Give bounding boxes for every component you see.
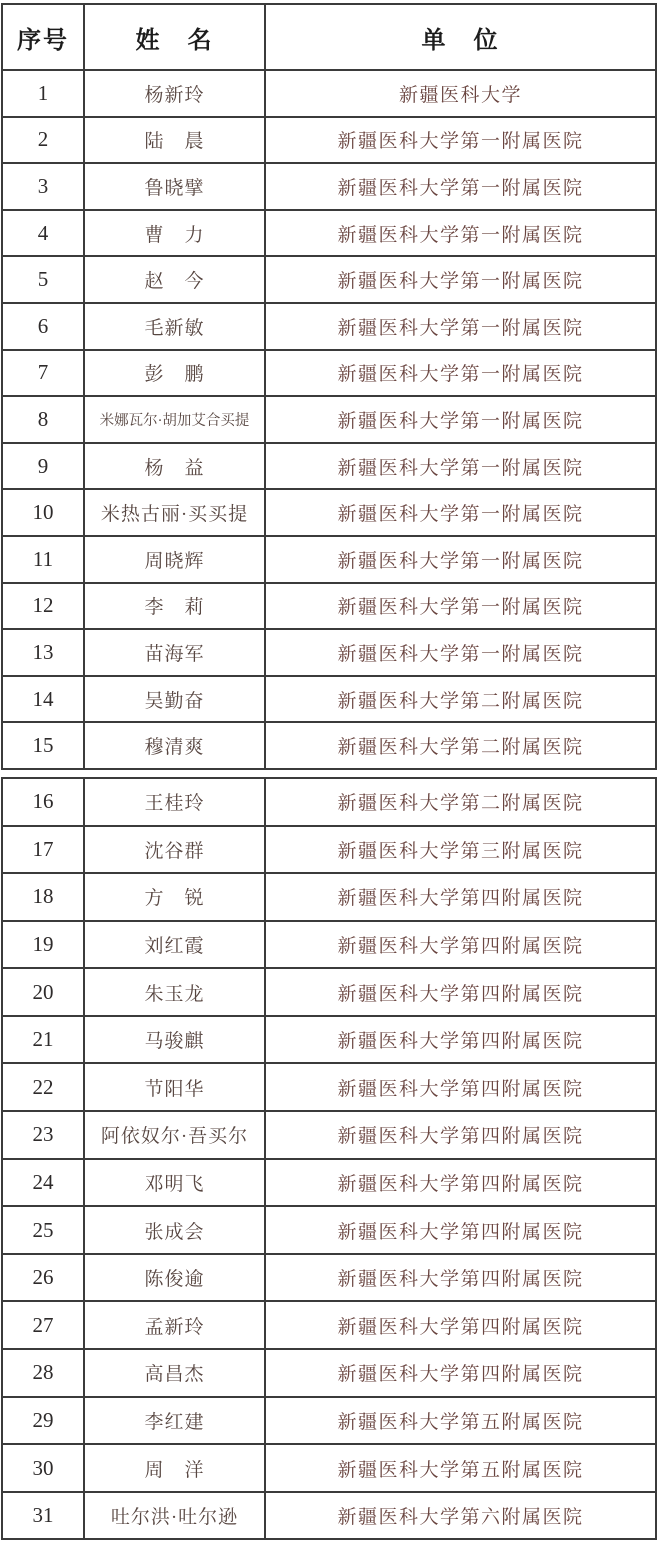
row-number: 19 xyxy=(3,922,85,968)
name-cell: 杨 益 xyxy=(85,444,266,489)
table-row: 30周 洋新疆医科大学第五附属医院 xyxy=(3,1445,655,1493)
name-cell: 邓明飞 xyxy=(85,1160,266,1206)
name-cell: 周晓辉 xyxy=(85,537,266,582)
table-row: 1杨新玲新疆医科大学 xyxy=(3,71,655,118)
unit-cell: 新疆医科大学第一附属医院 xyxy=(266,351,655,396)
unit-cell: 新疆医科大学第一附属医院 xyxy=(266,164,655,209)
table-row: 23阿依奴尔·吾买尔新疆医科大学第四附属医院 xyxy=(3,1112,655,1160)
row-number: 6 xyxy=(3,304,85,349)
name-cell: 马骏麒 xyxy=(85,1017,266,1063)
name-cell: 曹 力 xyxy=(85,211,266,256)
name-cell: 高昌杰 xyxy=(85,1350,266,1396)
name-cell: 沈谷群 xyxy=(85,827,266,873)
row-number: 14 xyxy=(3,677,85,722)
table-row: 7彭 鹏新疆医科大学第一附属医院 xyxy=(3,351,655,398)
unit-cell: 新疆医科大学第四附属医院 xyxy=(266,1160,655,1206)
row-number: 10 xyxy=(3,490,85,535)
row-number: 1 xyxy=(3,71,85,116)
row-number: 18 xyxy=(3,874,85,920)
unit-cell: 新疆医科大学第二附属医院 xyxy=(266,677,655,722)
unit-cell: 新疆医科大学 xyxy=(266,71,655,116)
name-cell: 孟新玲 xyxy=(85,1302,266,1348)
row-number: 11 xyxy=(3,537,85,582)
unit-cell: 新疆医科大学第四附属医院 xyxy=(266,1207,655,1253)
unit-cell: 新疆医科大学第四附属医院 xyxy=(266,969,655,1015)
name-cell: 陆 晨 xyxy=(85,118,266,163)
row-number: 15 xyxy=(3,723,85,768)
row-number: 2 xyxy=(3,118,85,163)
table-row: 13苗海军新疆医科大学第一附属医院 xyxy=(3,630,655,677)
table-row: 17沈谷群新疆医科大学第三附属医院 xyxy=(3,827,655,875)
table-row: 31吐尔洪·吐尔逊新疆医科大学第六附属医院 xyxy=(3,1493,655,1539)
row-number: 24 xyxy=(3,1160,85,1206)
unit-cell: 新疆医科大学第三附属医院 xyxy=(266,827,655,873)
unit-cell: 新疆医科大学第四附属医院 xyxy=(266,1255,655,1301)
unit-cell: 新疆医科大学第五附属医院 xyxy=(266,1398,655,1444)
name-cell: 杨新玲 xyxy=(85,71,266,116)
unit-cell: 新疆医科大学第一附属医院 xyxy=(266,211,655,256)
row-number: 29 xyxy=(3,1398,85,1444)
name-cell: 米娜瓦尔·胡加艾合买提 xyxy=(85,397,266,442)
row-number: 7 xyxy=(3,351,85,396)
unit-cell: 新疆医科大学第一附属医院 xyxy=(266,537,655,582)
name-cell: 米热古丽·买买提 xyxy=(85,490,266,535)
row-number: 27 xyxy=(3,1302,85,1348)
row-number: 9 xyxy=(3,444,85,489)
name-cell: 鲁晓擘 xyxy=(85,164,266,209)
table-row: 25张成会新疆医科大学第四附属医院 xyxy=(3,1207,655,1255)
unit-cell: 新疆医科大学第四附属医院 xyxy=(266,1064,655,1110)
row-number: 28 xyxy=(3,1350,85,1396)
row-number: 16 xyxy=(3,779,85,825)
row-number: 25 xyxy=(3,1207,85,1253)
header-unit: 单 位 xyxy=(266,5,655,69)
table-row: 6毛新敏新疆医科大学第一附属医院 xyxy=(3,304,655,351)
row-number: 21 xyxy=(3,1017,85,1063)
unit-cell: 新疆医科大学第二附属医院 xyxy=(266,723,655,768)
table-row: 9杨 益新疆医科大学第一附属医院 xyxy=(3,444,655,491)
unit-cell: 新疆医科大学第六附属医院 xyxy=(266,1493,655,1539)
roster-table-page-2: 16王桂玲新疆医科大学第二附属医院17沈谷群新疆医科大学第三附属医院18方 锐新… xyxy=(1,777,657,1541)
page-break-gap xyxy=(0,770,660,777)
table-row: 11周晓辉新疆医科大学第一附属医院 xyxy=(3,537,655,584)
table-header-row: 序号 姓 名 单 位 xyxy=(3,5,655,71)
name-cell: 彭 鹏 xyxy=(85,351,266,396)
table-row: 12李 莉新疆医科大学第一附属医院 xyxy=(3,584,655,631)
name-cell: 方 锐 xyxy=(85,874,266,920)
row-number: 26 xyxy=(3,1255,85,1301)
unit-cell: 新疆医科大学第一附属医院 xyxy=(266,444,655,489)
unit-cell: 新疆医科大学第四附属医院 xyxy=(266,1350,655,1396)
name-cell: 吐尔洪·吐尔逊 xyxy=(85,1493,266,1539)
name-cell: 李 莉 xyxy=(85,584,266,629)
row-number: 20 xyxy=(3,969,85,1015)
unit-cell: 新疆医科大学第一附属医院 xyxy=(266,630,655,675)
document-page: 序号 姓 名 单 位 1杨新玲新疆医科大学2陆 晨新疆医科大学第一附属医院3鲁晓… xyxy=(0,0,660,1545)
table-row: 27孟新玲新疆医科大学第四附属医院 xyxy=(3,1302,655,1350)
name-cell: 赵 今 xyxy=(85,257,266,302)
table-row: 10米热古丽·买买提新疆医科大学第一附属医院 xyxy=(3,490,655,537)
row-number: 23 xyxy=(3,1112,85,1158)
row-number: 30 xyxy=(3,1445,85,1491)
table-row: 16王桂玲新疆医科大学第二附属医院 xyxy=(3,779,655,827)
row-number: 31 xyxy=(3,1493,85,1539)
table-row: 3鲁晓擘新疆医科大学第一附属医院 xyxy=(3,164,655,211)
row-number: 8 xyxy=(3,397,85,442)
unit-cell: 新疆医科大学第二附属医院 xyxy=(266,779,655,825)
name-cell: 吴勤奋 xyxy=(85,677,266,722)
header-name: 姓 名 xyxy=(85,5,266,69)
row-number: 13 xyxy=(3,630,85,675)
table-row: 2陆 晨新疆医科大学第一附属医院 xyxy=(3,118,655,165)
unit-cell: 新疆医科大学第一附属医院 xyxy=(266,257,655,302)
table-row: 26陈俊逾新疆医科大学第四附属医院 xyxy=(3,1255,655,1303)
table-row: 28高昌杰新疆医科大学第四附属医院 xyxy=(3,1350,655,1398)
roster-table-page-1: 序号 姓 名 单 位 1杨新玲新疆医科大学2陆 晨新疆医科大学第一附属医院3鲁晓… xyxy=(1,3,657,770)
name-cell: 陈俊逾 xyxy=(85,1255,266,1301)
table-row: 21马骏麒新疆医科大学第四附属医院 xyxy=(3,1017,655,1065)
name-cell: 穆清爽 xyxy=(85,723,266,768)
table-row: 14吴勤奋新疆医科大学第二附属医院 xyxy=(3,677,655,724)
table-row: 8米娜瓦尔·胡加艾合买提新疆医科大学第一附属医院 xyxy=(3,397,655,444)
row-number: 12 xyxy=(3,584,85,629)
unit-cell: 新疆医科大学第一附属医院 xyxy=(266,584,655,629)
unit-cell: 新疆医科大学第四附属医院 xyxy=(266,1017,655,1063)
unit-cell: 新疆医科大学第四附属医院 xyxy=(266,1112,655,1158)
row-number: 17 xyxy=(3,827,85,873)
table-row: 29李红建新疆医科大学第五附属医院 xyxy=(3,1398,655,1446)
unit-cell: 新疆医科大学第一附属医院 xyxy=(266,118,655,163)
unit-cell: 新疆医科大学第四附属医院 xyxy=(266,874,655,920)
table-row: 15穆清爽新疆医科大学第二附属医院 xyxy=(3,723,655,768)
table-row: 20朱玉龙新疆医科大学第四附属医院 xyxy=(3,969,655,1017)
unit-cell: 新疆医科大学第四附属医院 xyxy=(266,1302,655,1348)
unit-cell: 新疆医科大学第一附属医院 xyxy=(266,490,655,535)
unit-cell: 新疆医科大学第五附属医院 xyxy=(266,1445,655,1491)
name-cell: 朱玉龙 xyxy=(85,969,266,1015)
table-row: 24邓明飞新疆医科大学第四附属医院 xyxy=(3,1160,655,1208)
unit-cell: 新疆医科大学第一附属医院 xyxy=(266,304,655,349)
unit-cell: 新疆医科大学第一附属医院 xyxy=(266,397,655,442)
name-cell: 毛新敏 xyxy=(85,304,266,349)
row-number: 3 xyxy=(3,164,85,209)
table-row: 19刘红霞新疆医科大学第四附属医院 xyxy=(3,922,655,970)
header-no: 序号 xyxy=(3,5,85,69)
table-row: 5赵 今新疆医科大学第一附属医院 xyxy=(3,257,655,304)
row-number: 5 xyxy=(3,257,85,302)
name-cell: 阿依奴尔·吾买尔 xyxy=(85,1112,266,1158)
name-cell: 李红建 xyxy=(85,1398,266,1444)
name-cell: 张成会 xyxy=(85,1207,266,1253)
row-number: 22 xyxy=(3,1064,85,1110)
name-cell: 刘红霞 xyxy=(85,922,266,968)
row-number: 4 xyxy=(3,211,85,256)
table-row: 22节阳华新疆医科大学第四附属医院 xyxy=(3,1064,655,1112)
table-row: 18方 锐新疆医科大学第四附属医院 xyxy=(3,874,655,922)
name-cell: 苗海军 xyxy=(85,630,266,675)
name-cell: 王桂玲 xyxy=(85,779,266,825)
name-cell: 节阳华 xyxy=(85,1064,266,1110)
table-row: 4曹 力新疆医科大学第一附属医院 xyxy=(3,211,655,258)
unit-cell: 新疆医科大学第四附属医院 xyxy=(266,922,655,968)
name-cell: 周 洋 xyxy=(85,1445,266,1491)
